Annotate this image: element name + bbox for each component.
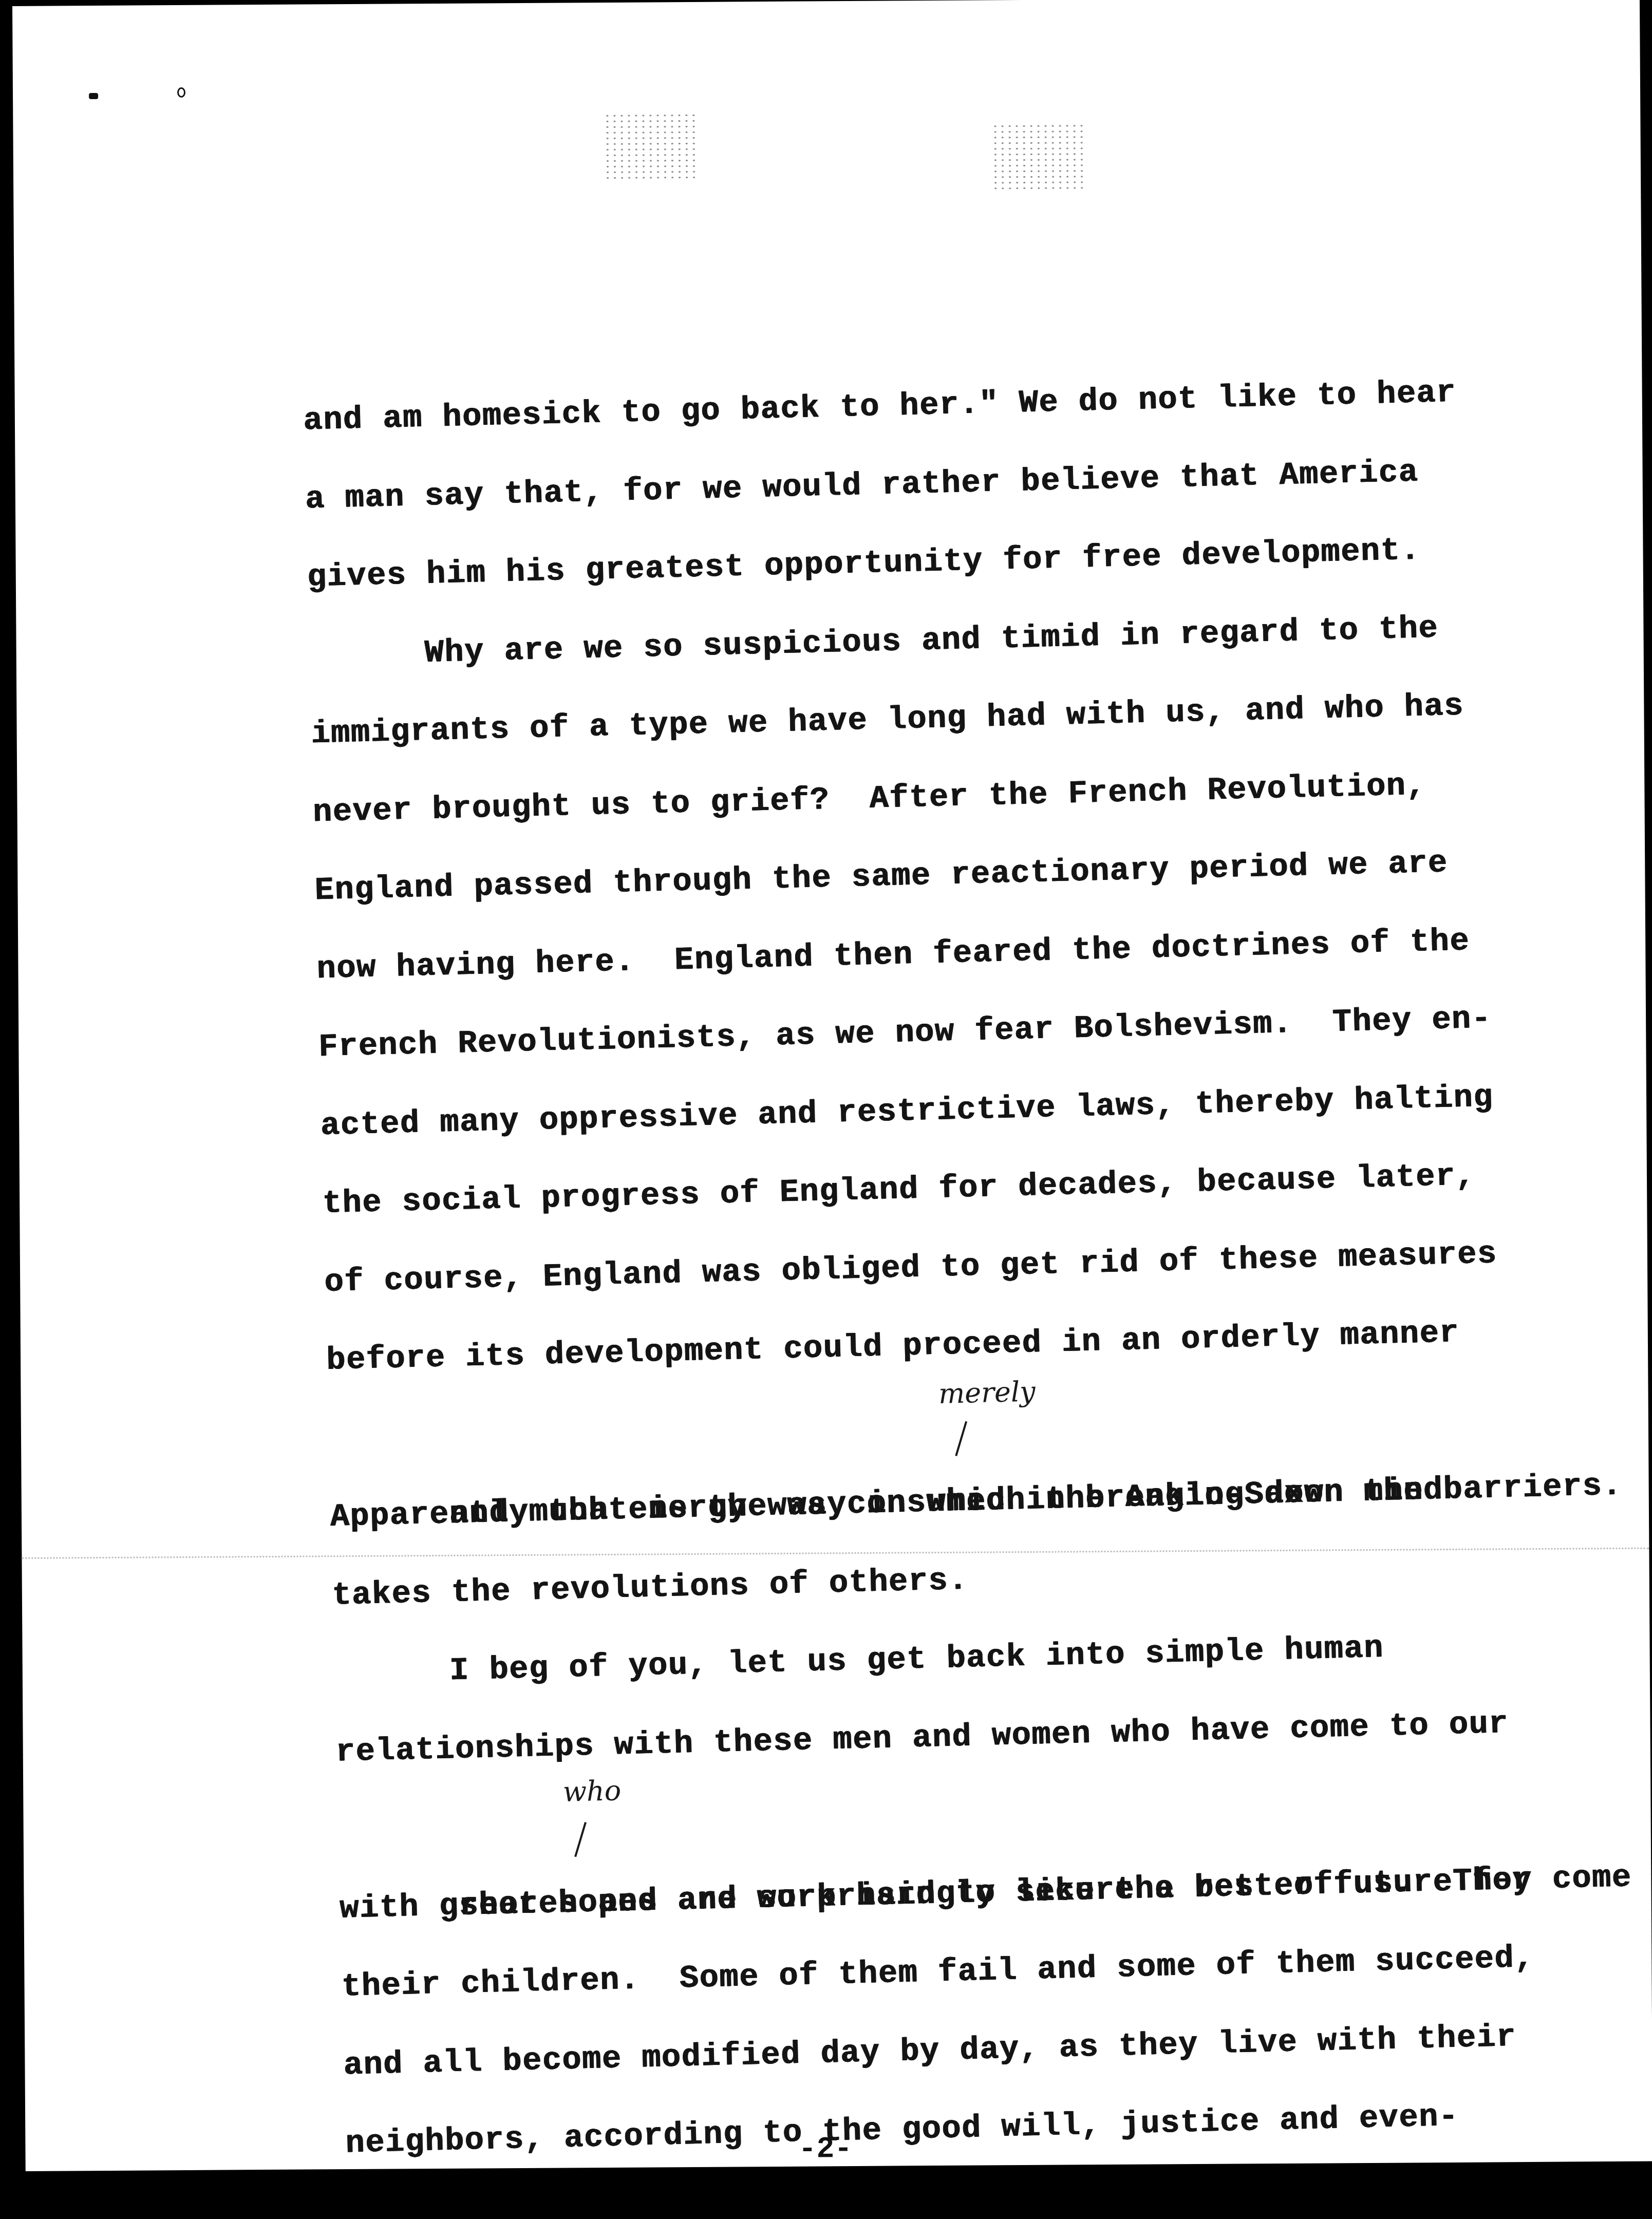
scan-speck [177, 87, 185, 98]
page-number: -2- [798, 2133, 852, 2167]
handwritten-insertion: who [562, 1777, 622, 1806]
insertion-caret [955, 1421, 967, 1456]
insertion-caret [574, 1822, 587, 1857]
document-page: and am homesick to go back to her." We d… [12, 0, 1652, 2171]
scan-speck [89, 93, 98, 99]
scan-noise-block [991, 123, 1084, 190]
handwritten-insertion: merely [938, 1378, 1036, 1408]
scan-noise-block [604, 112, 697, 180]
body-text: and am homesick to go back to her." We d… [302, 352, 1579, 2183]
